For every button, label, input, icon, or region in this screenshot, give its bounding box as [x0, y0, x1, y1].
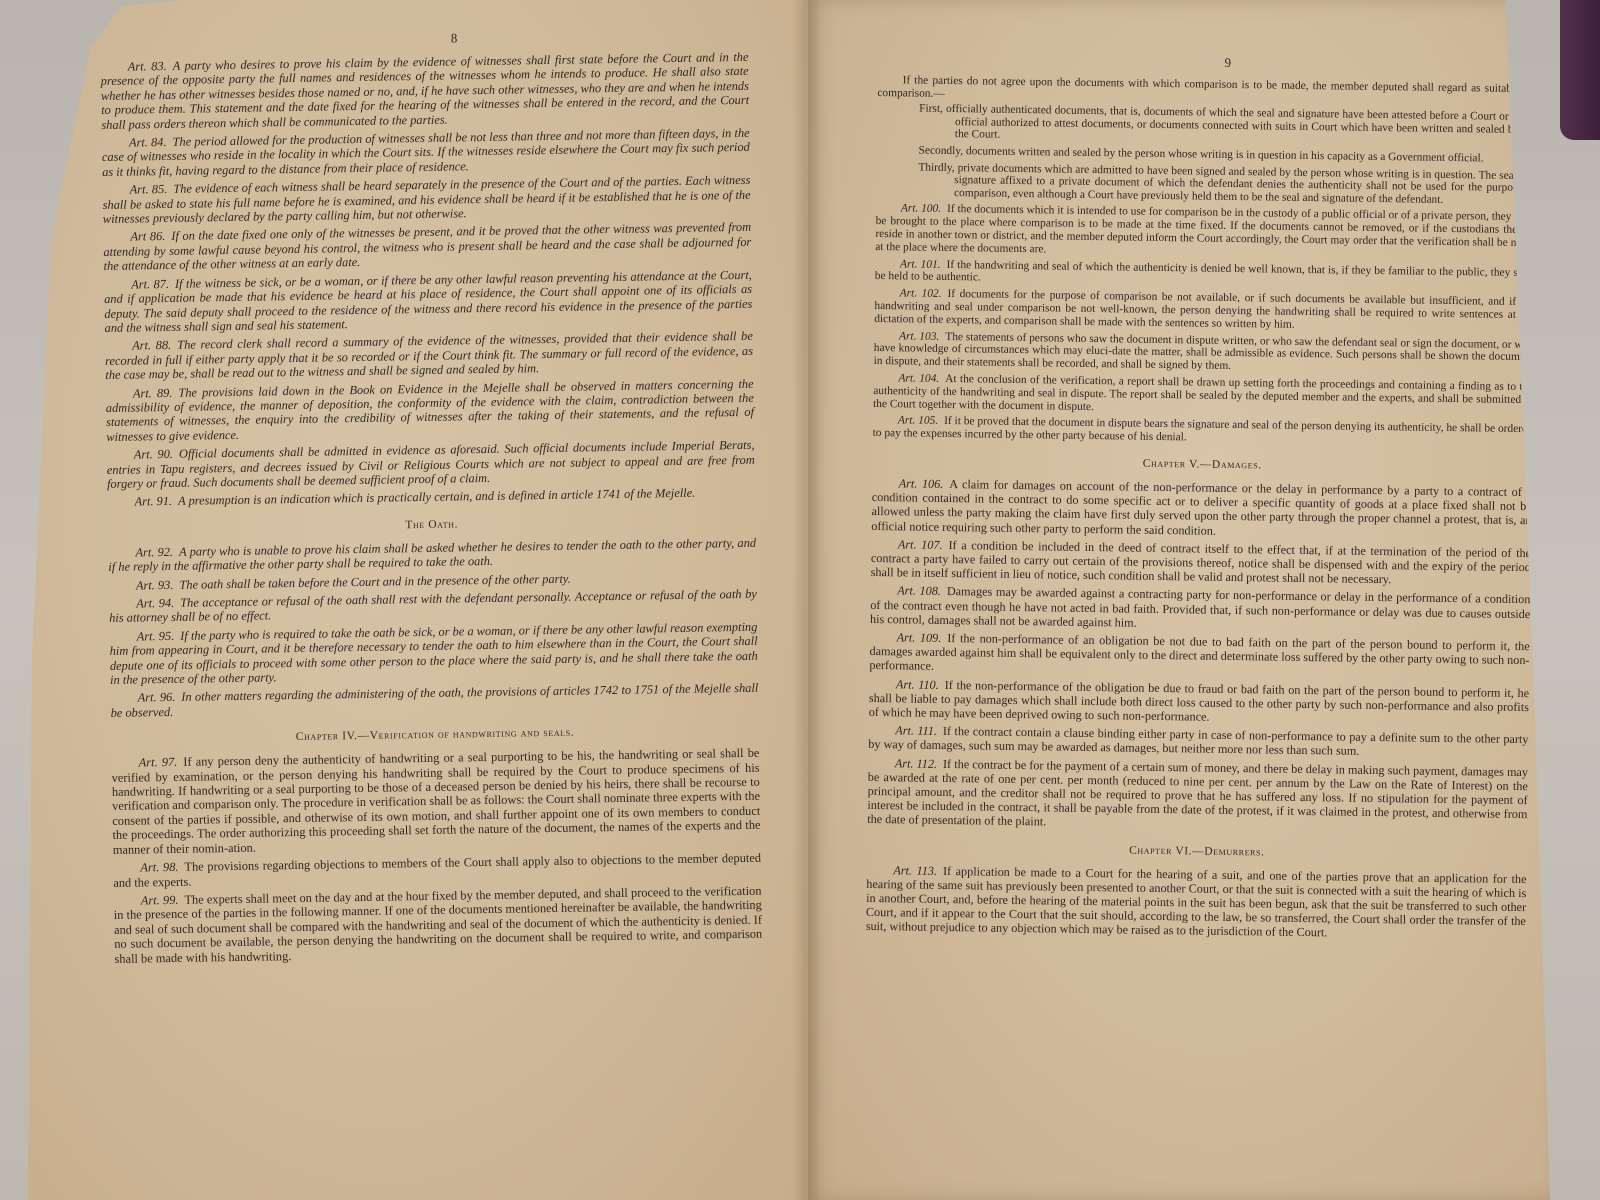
articles-106-112: Art. 106.A claim for damages on account … — [867, 476, 1532, 836]
article-paragraph: Art. 109.If the non-performance of an ob… — [869, 630, 1530, 682]
background-object — [1560, 0, 1600, 140]
article-number: Art. 112. — [895, 756, 937, 771]
article-text: If the handwriting and seal of which the… — [875, 259, 1535, 284]
article-paragraph: Art. 107.If a condition be included in t… — [871, 537, 1532, 589]
articles-97-99: Art. 97.If any person deny the authentic… — [111, 746, 762, 966]
article-paragraph: Art. 112.If the contract be for the paym… — [867, 755, 1528, 835]
article-number: Art. 84. — [129, 135, 167, 150]
right-page: 9 If the parties do not agree upon the d… — [808, 0, 1550, 1200]
article-paragraph: Art. 92.A party who is unable to prove h… — [108, 536, 756, 575]
article-text: The oath shall be taken before the Court… — [179, 571, 571, 591]
article-paragraph: Art. 94.The acceptance or refusal of the… — [109, 587, 757, 626]
article-number: Art. 100. — [901, 203, 941, 216]
article-number: Art. 109. — [897, 630, 942, 645]
article-number: Art. 99. — [141, 893, 179, 908]
article-number: Art. 87. — [131, 277, 169, 292]
page-number: 9 — [918, 51, 1538, 76]
article-text: If documents for the purpose of comparis… — [874, 288, 1534, 330]
article-text: If the documents which it is intended to… — [875, 203, 1536, 255]
article-number: Art. 102. — [900, 287, 942, 300]
articles-92-96: Art. 92.A party who is unable to prove h… — [108, 536, 759, 721]
article-text: The experts shall meet on the day and at… — [114, 884, 763, 966]
chapter-heading-v: Chapter V.—Damages. — [872, 454, 1532, 475]
article-text: The provisions regarding objections to m… — [113, 851, 761, 890]
article-text: A party who desires to prove his claim b… — [101, 50, 750, 132]
article-text: The evidence of each witness shall be he… — [103, 173, 751, 226]
section-heading-oath: The Oath. — [108, 514, 756, 536]
article-number: Art. 89. — [133, 385, 173, 400]
article-number: Art. 110. — [896, 677, 939, 692]
comparison-enumeration: First, officially authenticated document… — [876, 102, 1537, 207]
article-paragraph: Art. 98.The provisions regarding objecti… — [113, 851, 761, 890]
article-text: A claim for damages on account of the no… — [871, 477, 1532, 537]
article-text: Official documents shall be admitted in … — [107, 438, 755, 491]
article-number: Art. 94. — [136, 596, 174, 611]
article-text: If a condition be included in the deed o… — [871, 538, 1532, 587]
article-number: Art 86. — [130, 229, 165, 244]
article-text: The record clerk shall record a summary … — [105, 329, 753, 382]
article-paragraph: Art. 110.If the non-performance of the o… — [869, 676, 1530, 728]
article-number: Art. 105. — [898, 415, 938, 428]
article-number: Art. 104. — [898, 372, 939, 385]
article-text: If the contract contain a clause binding… — [868, 724, 1528, 758]
article-paragraph: Art. 108.Damages may be awarded against … — [870, 583, 1531, 635]
article-text: In other matters regarding the administe… — [111, 681, 759, 720]
article-number: Art. 101. — [900, 258, 941, 271]
article-text: If the non-performance of the obligation… — [869, 678, 1530, 724]
article-paragraph: Art. 87.If the witness be sick, or be a … — [104, 267, 753, 335]
article-paragraph: Art. 88.The record clerk shall record a … — [105, 329, 754, 382]
article-number: Art. 91. — [134, 494, 172, 509]
articles-83-91: Art. 83.A party who desires to prove his… — [100, 50, 755, 510]
article-paragraph: Art. 89.The provisions laid down in the … — [106, 376, 755, 444]
chapter-heading-vi: Chapter VI.—Demurrers. — [867, 840, 1527, 861]
article-text: If the party who is required to take the… — [110, 620, 758, 687]
article-text: At the conclusion of the verification, a… — [873, 373, 1533, 413]
article-paragraph: Art. 106.A claim for damages on account … — [871, 476, 1532, 542]
article-paragraph: Art. 97.If any person deny the authentic… — [111, 746, 761, 857]
article-number: Art. 97. — [139, 755, 178, 770]
article-number: Art. 98. — [140, 860, 178, 875]
article-paragraph: Art. 113.If application be made to a Cou… — [866, 862, 1527, 942]
article-paragraph: Art. 111.If the contract contain a claus… — [868, 723, 1528, 761]
article-number: Art. 96. — [138, 690, 176, 705]
article-paragraph: Art. 90.Official documents shall be admi… — [106, 438, 755, 491]
article-paragraph: Art. 102.If documents for the purpose of… — [874, 287, 1534, 335]
article-number: Art. 103. — [899, 330, 939, 343]
article-paragraph: Art. 103.The statements of persons who s… — [874, 329, 1534, 377]
article-text: If the contract be for the payment of a … — [867, 757, 1528, 829]
article-paragraph: Art 86.If on the date fixed one only of … — [103, 220, 752, 273]
article-number: Art. 85. — [130, 182, 168, 197]
article-text: If the non-performance of an obligation … — [869, 631, 1530, 673]
article-text: If it be proved that the document in dis… — [873, 415, 1533, 443]
article-text: If on the date fixed one only of the wit… — [103, 220, 751, 273]
article-number: Art. 92. — [135, 545, 173, 560]
article-paragraph: Art. 101.If the handwriting and seal of … — [875, 258, 1535, 293]
article-text: If any person deny the authenticity of h… — [112, 746, 761, 857]
article-text: If the witness be sick, or be a woman, o… — [104, 267, 752, 334]
article-number: Art. 106. — [899, 476, 944, 491]
article-text: A party who is unable to prove his claim… — [108, 536, 756, 575]
article-paragraph: Art. 95.If the party who is required to … — [109, 620, 758, 688]
article-paragraph: Art. 99.The experts shall meet on the da… — [113, 884, 762, 966]
article-number: Art. 108. — [897, 584, 941, 599]
article-text: Damages may be awarded against a contrac… — [870, 584, 1531, 629]
articles-113: Art. 113.If application be made to a Cou… — [866, 862, 1527, 942]
article-number: Art. 90. — [134, 447, 173, 462]
enumeration-item: Thirdly, private documents which are adm… — [876, 161, 1536, 208]
article-paragraph: Art. 85.The evidence of each witness sha… — [102, 173, 751, 226]
article-number: Art. 93. — [136, 578, 174, 593]
article-paragraph: Art. 84.The period allowed for the produ… — [102, 126, 751, 179]
left-page: 8 Art. 83.A party who desires to prove h… — [28, 0, 808, 1200]
articles-100-105: Art. 100.If the documents which it is in… — [873, 202, 1536, 449]
article-paragraph: Art. 83.A party who desires to prove his… — [100, 50, 749, 132]
article-number: Art. 113. — [893, 863, 937, 878]
article-number: Art. 83. — [128, 59, 167, 74]
article-text: The provisions laid down in the Book on … — [106, 376, 754, 443]
article-paragraph: Art. 105.If it be proved that the docume… — [873, 414, 1533, 449]
article-text: The period allowed for the production of… — [102, 126, 750, 179]
article-number: Art. 95. — [137, 629, 175, 644]
article-number: Art. 88. — [132, 338, 171, 353]
article-paragraph: Art. 100.If the documents which it is in… — [875, 202, 1536, 262]
article-text: The statements of persons who saw the do… — [874, 330, 1534, 372]
article-text: If application be made to a Court for th… — [866, 864, 1527, 940]
article-paragraph: Art. 96.In other matters regarding the a… — [110, 681, 758, 720]
article-paragraph: Art. 104.At the conclusion of the verifi… — [873, 372, 1533, 420]
enumeration-item: First, officially authenticated document… — [877, 102, 1537, 149]
article-text: The acceptance or refusal of the oath sh… — [109, 587, 757, 626]
chapter-heading-iv: Chapter IV.—Verification of handwriting … — [111, 724, 759, 746]
article-text: A presumption is an indication which is … — [178, 486, 695, 508]
page-number: 8 — [160, 26, 748, 51]
article-number: Art. 111. — [895, 723, 937, 738]
article-number: Art. 107. — [898, 537, 943, 552]
